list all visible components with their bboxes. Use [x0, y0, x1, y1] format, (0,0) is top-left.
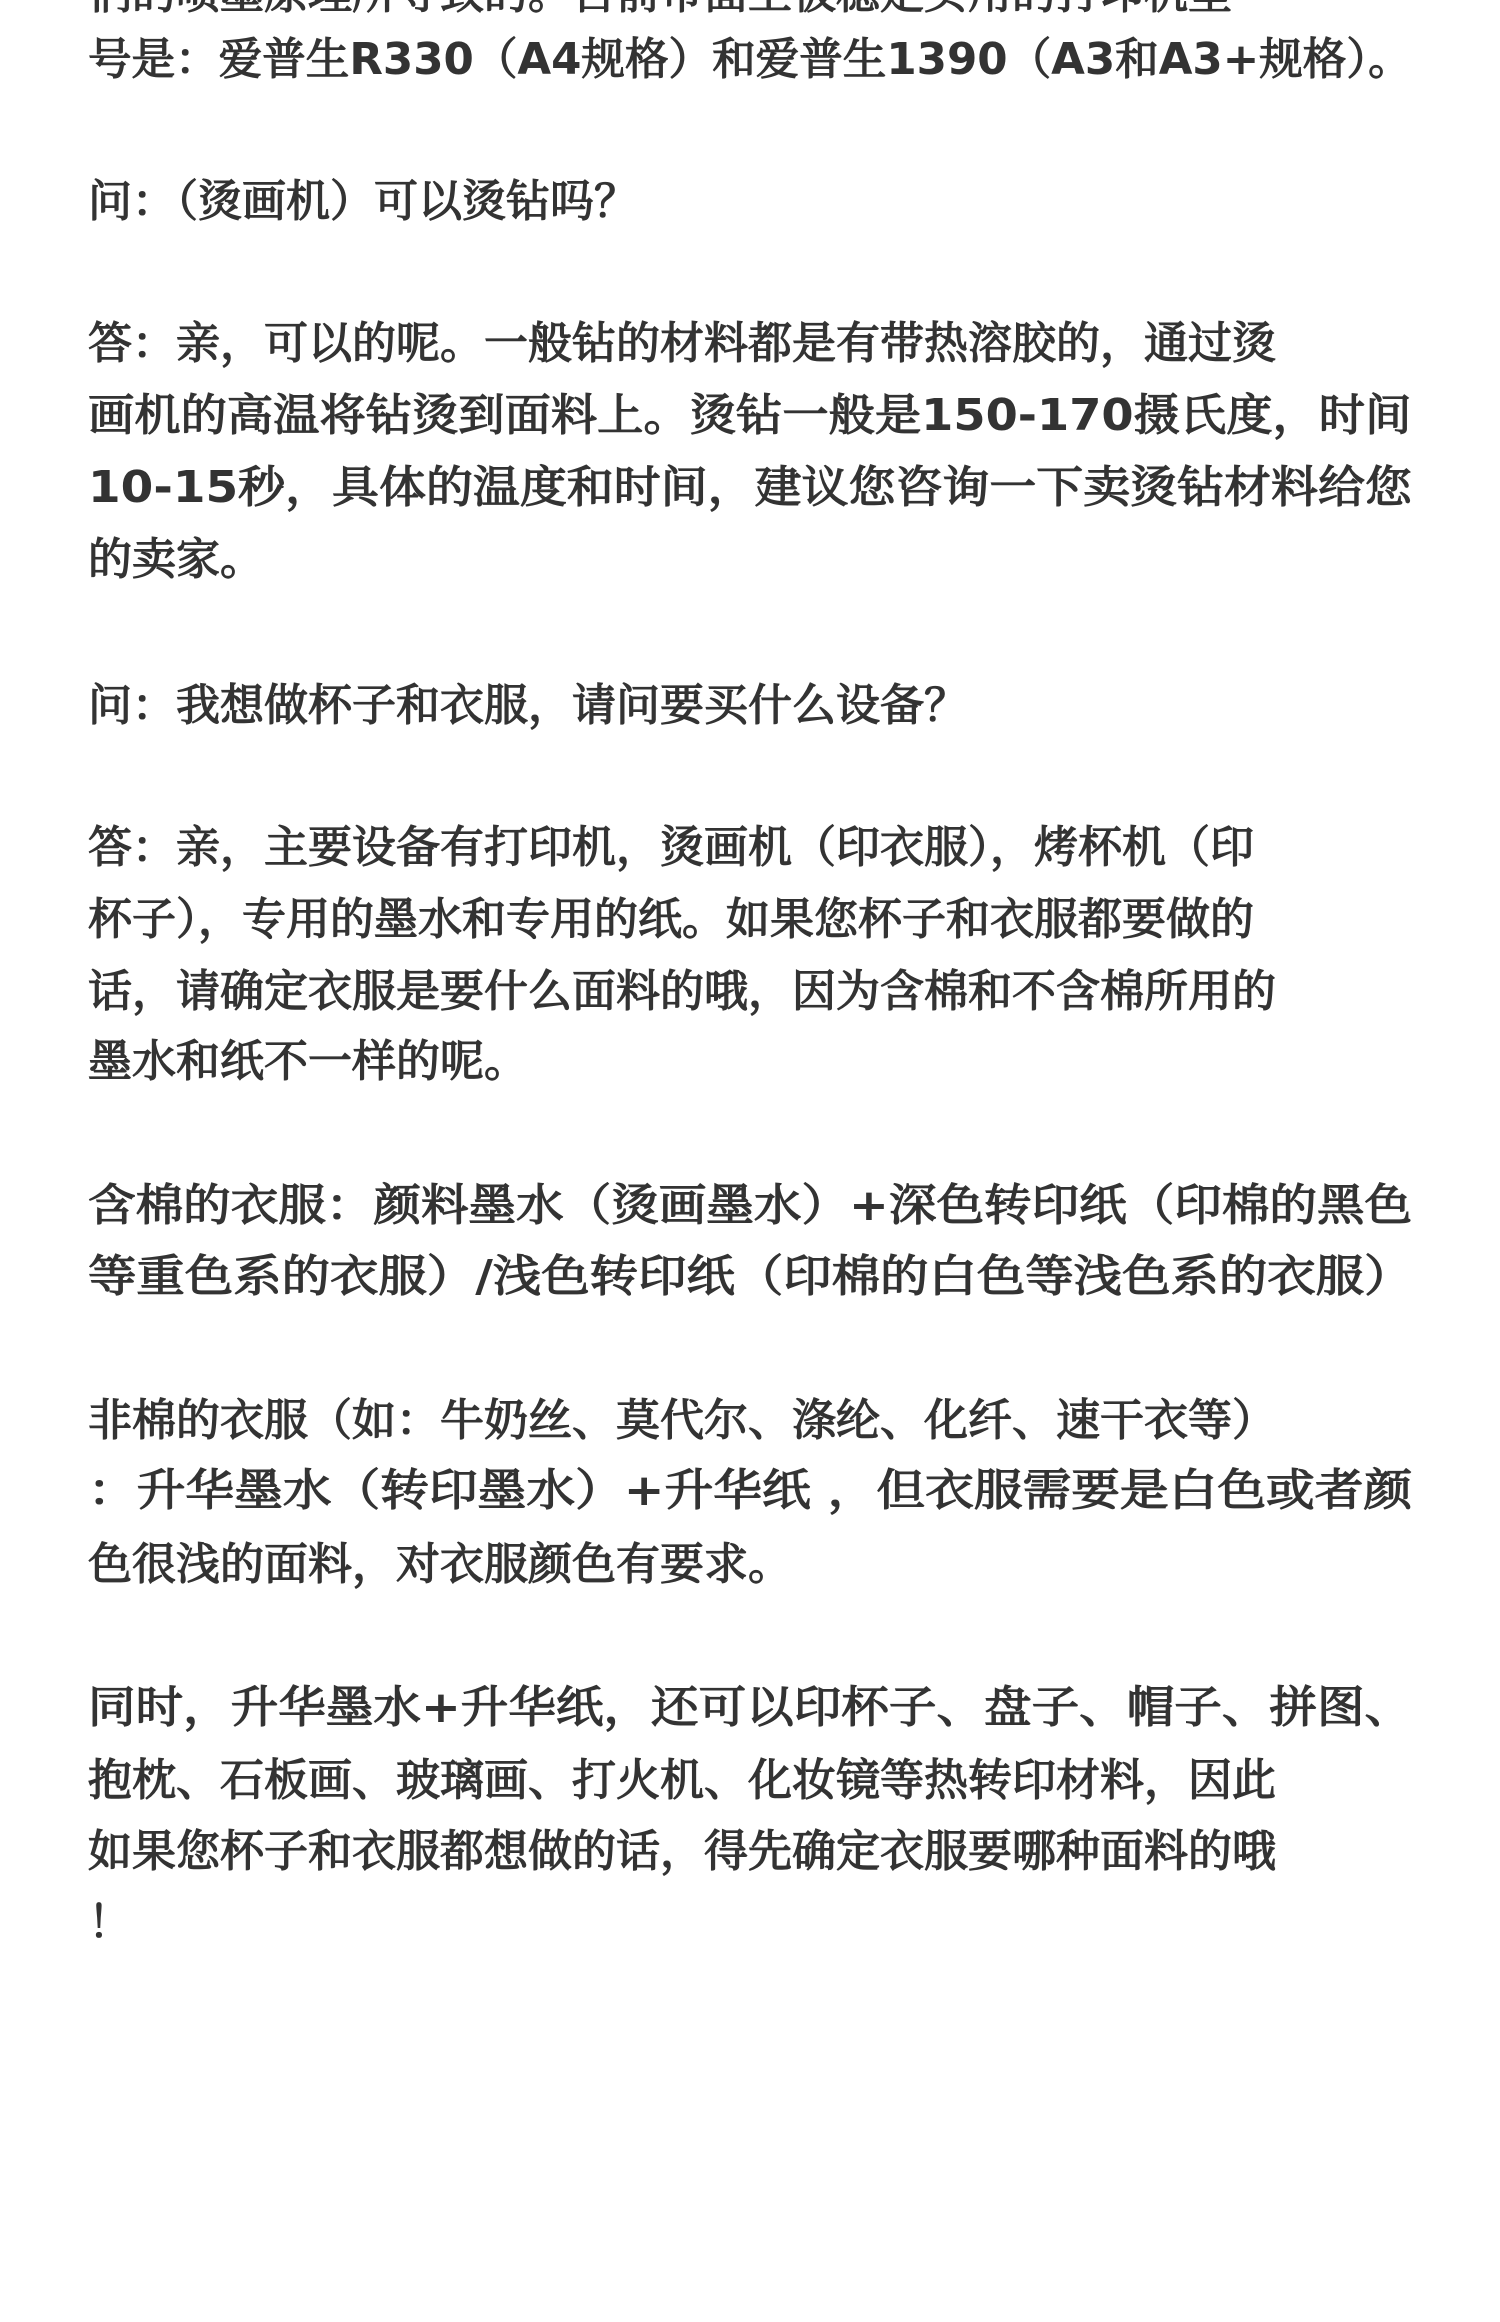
question-line: 问：（烫画机）可以烫钻吗？ — [88, 166, 638, 238]
answer-line: 的卖家。 — [88, 524, 264, 596]
answer-line: 答：亲，可以的呢。一般钻的材料都是有带热溶胶的，通过烫 — [88, 308, 1276, 380]
sublimation-line: 如果您杯子和衣服都想做的话，得先确定衣服要哪种面料的哦 — [88, 1816, 1276, 1888]
non-cotton-clothing-line: ：升华墨水（转印墨水）+升华纸 ，但衣服需要是白色或者颜 — [88, 1455, 1412, 1527]
non-cotton-clothing-line: 非棉的衣服（如：牛奶丝、莫代尔、涤纶、化纤、速干衣等） — [88, 1385, 1276, 1457]
sublimation-line: 抱枕、石板画、玻璃画、打火机、化妆镜等热转印材料，因此 — [88, 1745, 1276, 1817]
article-page: 们的喷墨原理所导致的。目前市面上被稳定实用的打印机型 号是：爱普生R330（A4… — [0, 0, 1500, 2322]
cotton-clothing-line: 等重色系的衣服）/浅色转印纸（印棉的白色等浅色系的衣服） — [88, 1241, 1412, 1313]
question-line: 问：我想做杯子和衣服，请问要买什么设备？ — [88, 670, 968, 742]
answer-line: 答：亲，主要设备有打印机，烫画机（印衣服），烤杯机（印 — [88, 812, 1254, 884]
answer-line: 墨水和纸不一样的呢。 — [88, 1026, 528, 1098]
answer-line: 画机的高温将钻烫到面料上。烫钻一般是150-170摄氏度，时间 — [88, 380, 1411, 452]
non-cotton-clothing-line: 色很浅的面料，对衣服颜色有要求。 — [88, 1529, 792, 1601]
paragraph-line: 号是：爱普生R330（A4规格）和爱普生1390（A3和A3+规格）。 — [88, 24, 1412, 96]
cotton-clothing-line: 含棉的衣服：颜料墨水（烫画墨水）+深色转印纸（印棉的黑色 — [88, 1170, 1412, 1242]
answer-line: 10-15秒，具体的温度和时间，建议您咨询一下卖烫钻材料给您 — [88, 452, 1412, 524]
sublimation-line: 同时，升华墨水+升华纸，还可以印杯子、盘子、帽子、拼图、 — [88, 1672, 1412, 1744]
answer-line: 杯子），专用的墨水和专用的纸。如果您杯子和衣服都要做的 — [88, 884, 1254, 956]
answer-line: 话，请确定衣服是要什么面料的哦，因为含棉和不含棉所用的 — [88, 956, 1276, 1028]
sublimation-line: ！ — [88, 1887, 132, 1959]
